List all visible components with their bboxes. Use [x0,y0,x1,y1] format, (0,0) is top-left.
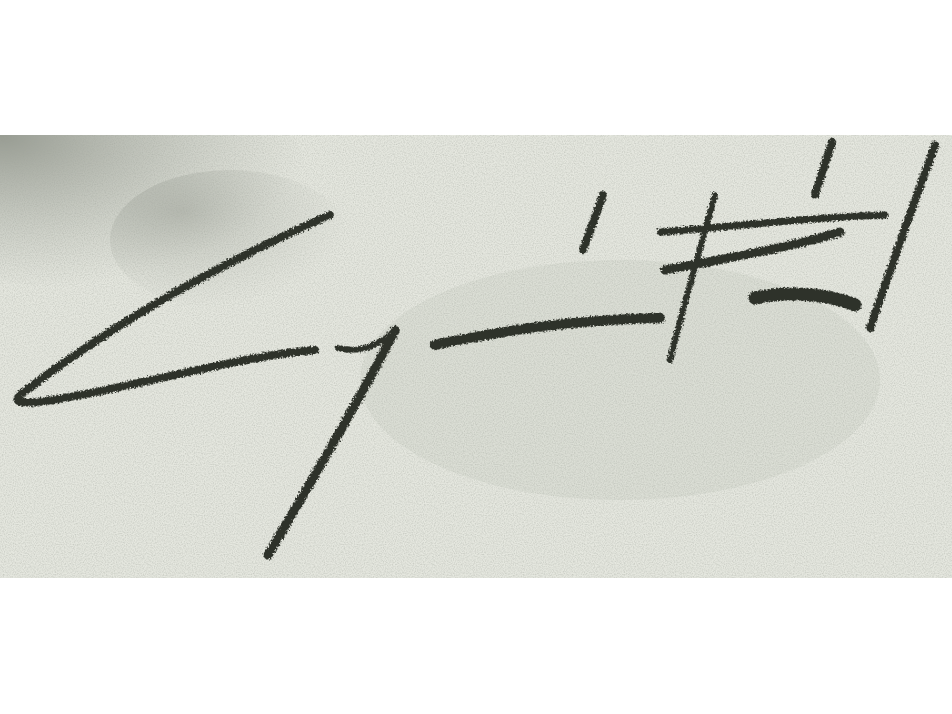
signature-photo [0,135,952,578]
signature-artwork [0,135,952,578]
